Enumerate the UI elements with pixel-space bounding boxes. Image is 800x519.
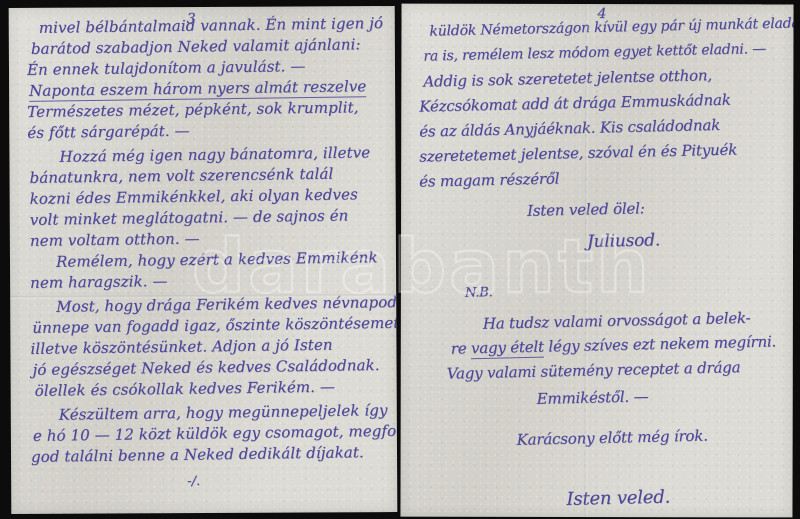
text-segment: bánatunkra, nem volt szerencsénk talál <box>29 165 333 187</box>
text-segment: god találni benne a Neked dedikált díjak… <box>31 443 364 466</box>
text-segment: illetve köszöntésünket. Adjon a jó Isten <box>30 336 332 358</box>
text-segment: Addig is sok szeretetet jelentse otthon, <box>423 66 712 90</box>
handwritten-line: Emmikéstől. — <box>536 381 784 412</box>
text-segment: Én ennek tulajdonítom a javulást. — <box>27 57 306 79</box>
handwritten-line: -/. <box>187 468 389 492</box>
text-segment: volt minket meglátogatni. — de sajnos én <box>30 206 349 228</box>
text-segment: barátod szabadjon Neked valamit ajánlani… <box>31 35 361 58</box>
text-segment: Isten veled. <box>566 487 670 510</box>
text-segment: Juliusod. <box>587 230 660 252</box>
text-segment: ra is, remélem lesz módom egyet kettőt e… <box>423 41 766 65</box>
text-segment: Készültem arra, hogy megünnepeljelek így <box>59 401 388 424</box>
handwritten-line: ölellek és csókollak kedves Ferikém. — <box>35 376 389 402</box>
handwriting-right: küldök Németországon kívül egy pár új mu… <box>400 4 793 513</box>
text-segment: kozni édes Emmikénkkel, aki olyan kedves <box>30 185 358 208</box>
text-segment: szeretetemet jelentse, szóval én és Pity… <box>419 141 737 166</box>
text-segment: Isten veled ölel: <box>527 199 645 220</box>
text-segment: nem voltam otthon. — <box>30 230 200 250</box>
letter-page-left: 3 mivel bélbántalmaid vannak. Én mint ig… <box>9 6 398 514</box>
text-segment: re <box>451 339 472 357</box>
text-segment: jó egészséget Neked és kedves Családodna… <box>32 356 379 379</box>
handwritten-line: Juliusod. <box>587 226 786 255</box>
text-segment: és magam részéről <box>419 169 560 190</box>
handwritten-line: god találni benne a Neked dedikált díjak… <box>31 442 389 468</box>
text-segment: Ha tudsz valami orvosságot a belek- <box>483 309 751 333</box>
text-segment: -/. <box>187 474 200 489</box>
scanned-letter: 3 mivel bélbántalmaid vannak. Én mint ig… <box>0 0 800 519</box>
text-segment: Hozzá még igen nagy bánatomra, illetve <box>59 143 370 165</box>
handwriting-left: mivel bélbántalmaid vannak. Én mint igen… <box>9 6 398 493</box>
text-segment: Emmikéstől. — <box>536 387 648 407</box>
text-segment: Kézcsókomat add át drága Emmuskádnak <box>419 91 731 116</box>
text-segment: Természetes mézet, pépként, sok krumplit… <box>27 98 359 121</box>
text-segment: Vagy valami sütemény receptet a drága <box>447 358 741 383</box>
text-segment: és főtt sárgarépát. — <box>27 122 190 142</box>
text-segment: Most, hogy drága Ferikém kedves névnapod <box>56 293 397 316</box>
text-segment: N.B. <box>465 285 493 301</box>
text-segment: nem haragszik. — <box>30 272 168 292</box>
letter-page-right: 4 küldök Németországon kívül egy pár új … <box>400 4 793 518</box>
handwritten-line: nem haragszik. — <box>30 268 388 294</box>
handwritten-line: Isten veled. <box>566 482 785 512</box>
underlined-text: vagy ételt <box>471 338 544 360</box>
text-segment: ölellek és csókollak kedves Ferikém. — <box>35 378 336 400</box>
text-segment: légy szíves ezt nekem megírni. <box>544 332 777 355</box>
text-segment: mivel bélbántalmaid vannak. Én mint igen… <box>39 14 384 37</box>
handwritten-line: Karácsony előtt még írok. <box>516 422 784 453</box>
text-segment: Remélem, hogy ezért a kedves Emmikénk <box>56 248 378 270</box>
handwritten-line: Isten veled ölel: <box>527 193 785 224</box>
handwritten-line: N.B. <box>465 274 785 306</box>
handwritten-line: és főtt sárgarépát. — <box>27 118 387 144</box>
text-segment: és az áldás Anyjáéknak. Kis családodnak <box>419 116 720 141</box>
text-segment: e hó 10 — 12 közt küldök egy csomagot, m… <box>33 422 398 445</box>
text-segment: küldök Németországon kívül egy pár új mu… <box>429 15 793 40</box>
text-segment: Karácsony előtt még írok. <box>516 427 708 449</box>
text-segment: ünnepe van fogadd igaz, őszinte köszönté… <box>32 314 397 337</box>
